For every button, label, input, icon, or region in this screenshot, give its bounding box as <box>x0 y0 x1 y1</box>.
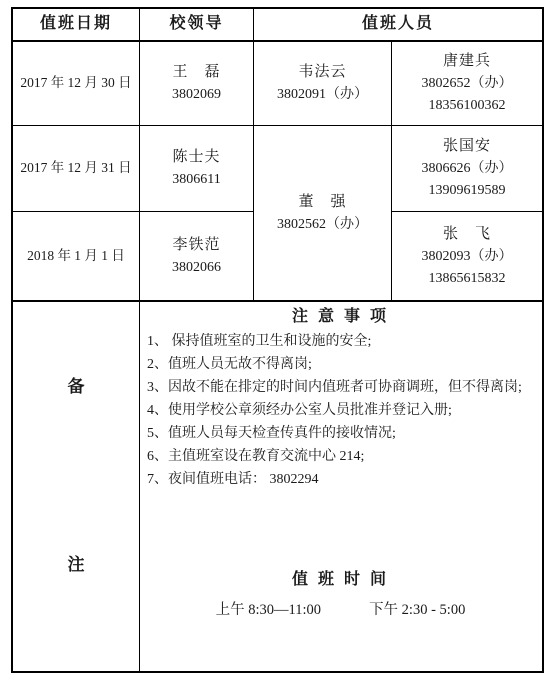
header-duty-staff: 值班人员 <box>254 9 542 42</box>
header-duty-date: 值班日期 <box>13 9 140 42</box>
document-page: 值班日期 校领导 值班人员 2017 年 12 月 30 日 王 磊 38020… <box>0 0 549 682</box>
schedule-title: 值 班 时 间 <box>147 569 534 591</box>
schedule-morning: 上午 8:30—11:00 <box>216 599 321 621</box>
duty-date-3: 2018 年 1 月 1 日 <box>13 212 140 302</box>
note-item-6: 6、主值班室设在教育交流中心 214; <box>147 445 534 468</box>
duty-date-2: 2017 年 12 月 31 日 <box>13 126 140 212</box>
staff-right-1-mobile: 18356100362 <box>429 95 506 117</box>
staff-right-2: 张国安 3806626（办） 13909619589 <box>392 126 542 212</box>
staff-right-2-mobile: 13909619589 <box>429 180 506 202</box>
note-item-5: 5、值班人员每天检查传真件的接收情况; <box>147 422 534 445</box>
remark-label: 备 注 <box>13 302 140 671</box>
staff-right-1-name: 唐建兵 <box>443 50 491 73</box>
staff-right-2-name: 张国安 <box>443 135 491 158</box>
notes-title: 注 意 事 项 <box>147 306 534 328</box>
staff-mid-1-phone: 3802091（办） <box>277 84 368 106</box>
staff-right-2-office: 3806626（办） <box>422 158 513 180</box>
note-item-7: 7、夜间值班电话： 3802294 <box>147 468 534 491</box>
schedule-afternoon: 下午 2:30 - 5:00 <box>369 599 465 621</box>
leader-2: 陈士夫 3806611 <box>140 126 254 212</box>
leader-1-name: 王 磊 <box>172 61 220 84</box>
leader-1-phone: 3802069 <box>172 84 221 106</box>
note-item-4: 4、使用学校公章须经办公室人员批准并登记入册; <box>147 399 534 422</box>
leader-2-name: 陈士夫 <box>172 146 220 169</box>
staff-right-3: 张 飞 3802093（办） 13865615832 <box>392 212 542 302</box>
staff-mid-1-name: 韦法云 <box>298 61 346 84</box>
schedule-times: 上午 8:30—11:00 下午 2:30 - 5:00 <box>147 599 534 621</box>
duty-date-1: 2017 年 12 月 30 日 <box>13 42 140 126</box>
staff-right-3-mobile: 13865615832 <box>429 268 506 290</box>
staff-right-3-name: 张 飞 <box>443 223 491 246</box>
leader-3-phone: 3802066 <box>172 257 221 279</box>
duty-roster-table: 值班日期 校领导 值班人员 2017 年 12 月 30 日 王 磊 38020… <box>11 7 544 673</box>
remark-content: 注 意 事 项 1、 保持值班室的卫生和设施的安全; 2、值班人员无故不得离岗;… <box>140 302 542 671</box>
notes-list: 1、 保持值班室的卫生和设施的安全; 2、值班人员无故不得离岗; 3、因故不能在… <box>147 330 534 491</box>
staff-right-1: 唐建兵 3802652（办） 18356100362 <box>392 42 542 126</box>
note-item-3: 3、因故不能在排定的时间内值班者可协商调班，但不得离岗; <box>147 376 534 399</box>
note-item-1: 1、 保持值班室的卫生和设施的安全; <box>147 330 534 353</box>
leader-3: 李铁范 3802066 <box>140 212 254 302</box>
staff-right-3-office: 3802093（办） <box>422 246 513 268</box>
staff-mid-2-merged: 董 强 3802562（办） <box>254 126 392 302</box>
leader-2-phone: 3806611 <box>172 169 220 191</box>
staff-right-1-office: 3802652（办） <box>422 73 513 95</box>
remark-label-bottom: 注 <box>68 552 85 578</box>
leader-1: 王 磊 3802069 <box>140 42 254 126</box>
staff-mid-2-name: 董 强 <box>298 191 346 214</box>
header-school-leader: 校领导 <box>140 9 254 42</box>
remark-label-top: 备 <box>68 374 85 400</box>
staff-mid-2-phone: 3802562（办） <box>277 214 368 236</box>
staff-mid-1: 韦法云 3802091（办） <box>254 42 392 126</box>
note-item-2: 2、值班人员无故不得离岗; <box>147 353 534 376</box>
leader-3-name: 李铁范 <box>172 234 220 257</box>
